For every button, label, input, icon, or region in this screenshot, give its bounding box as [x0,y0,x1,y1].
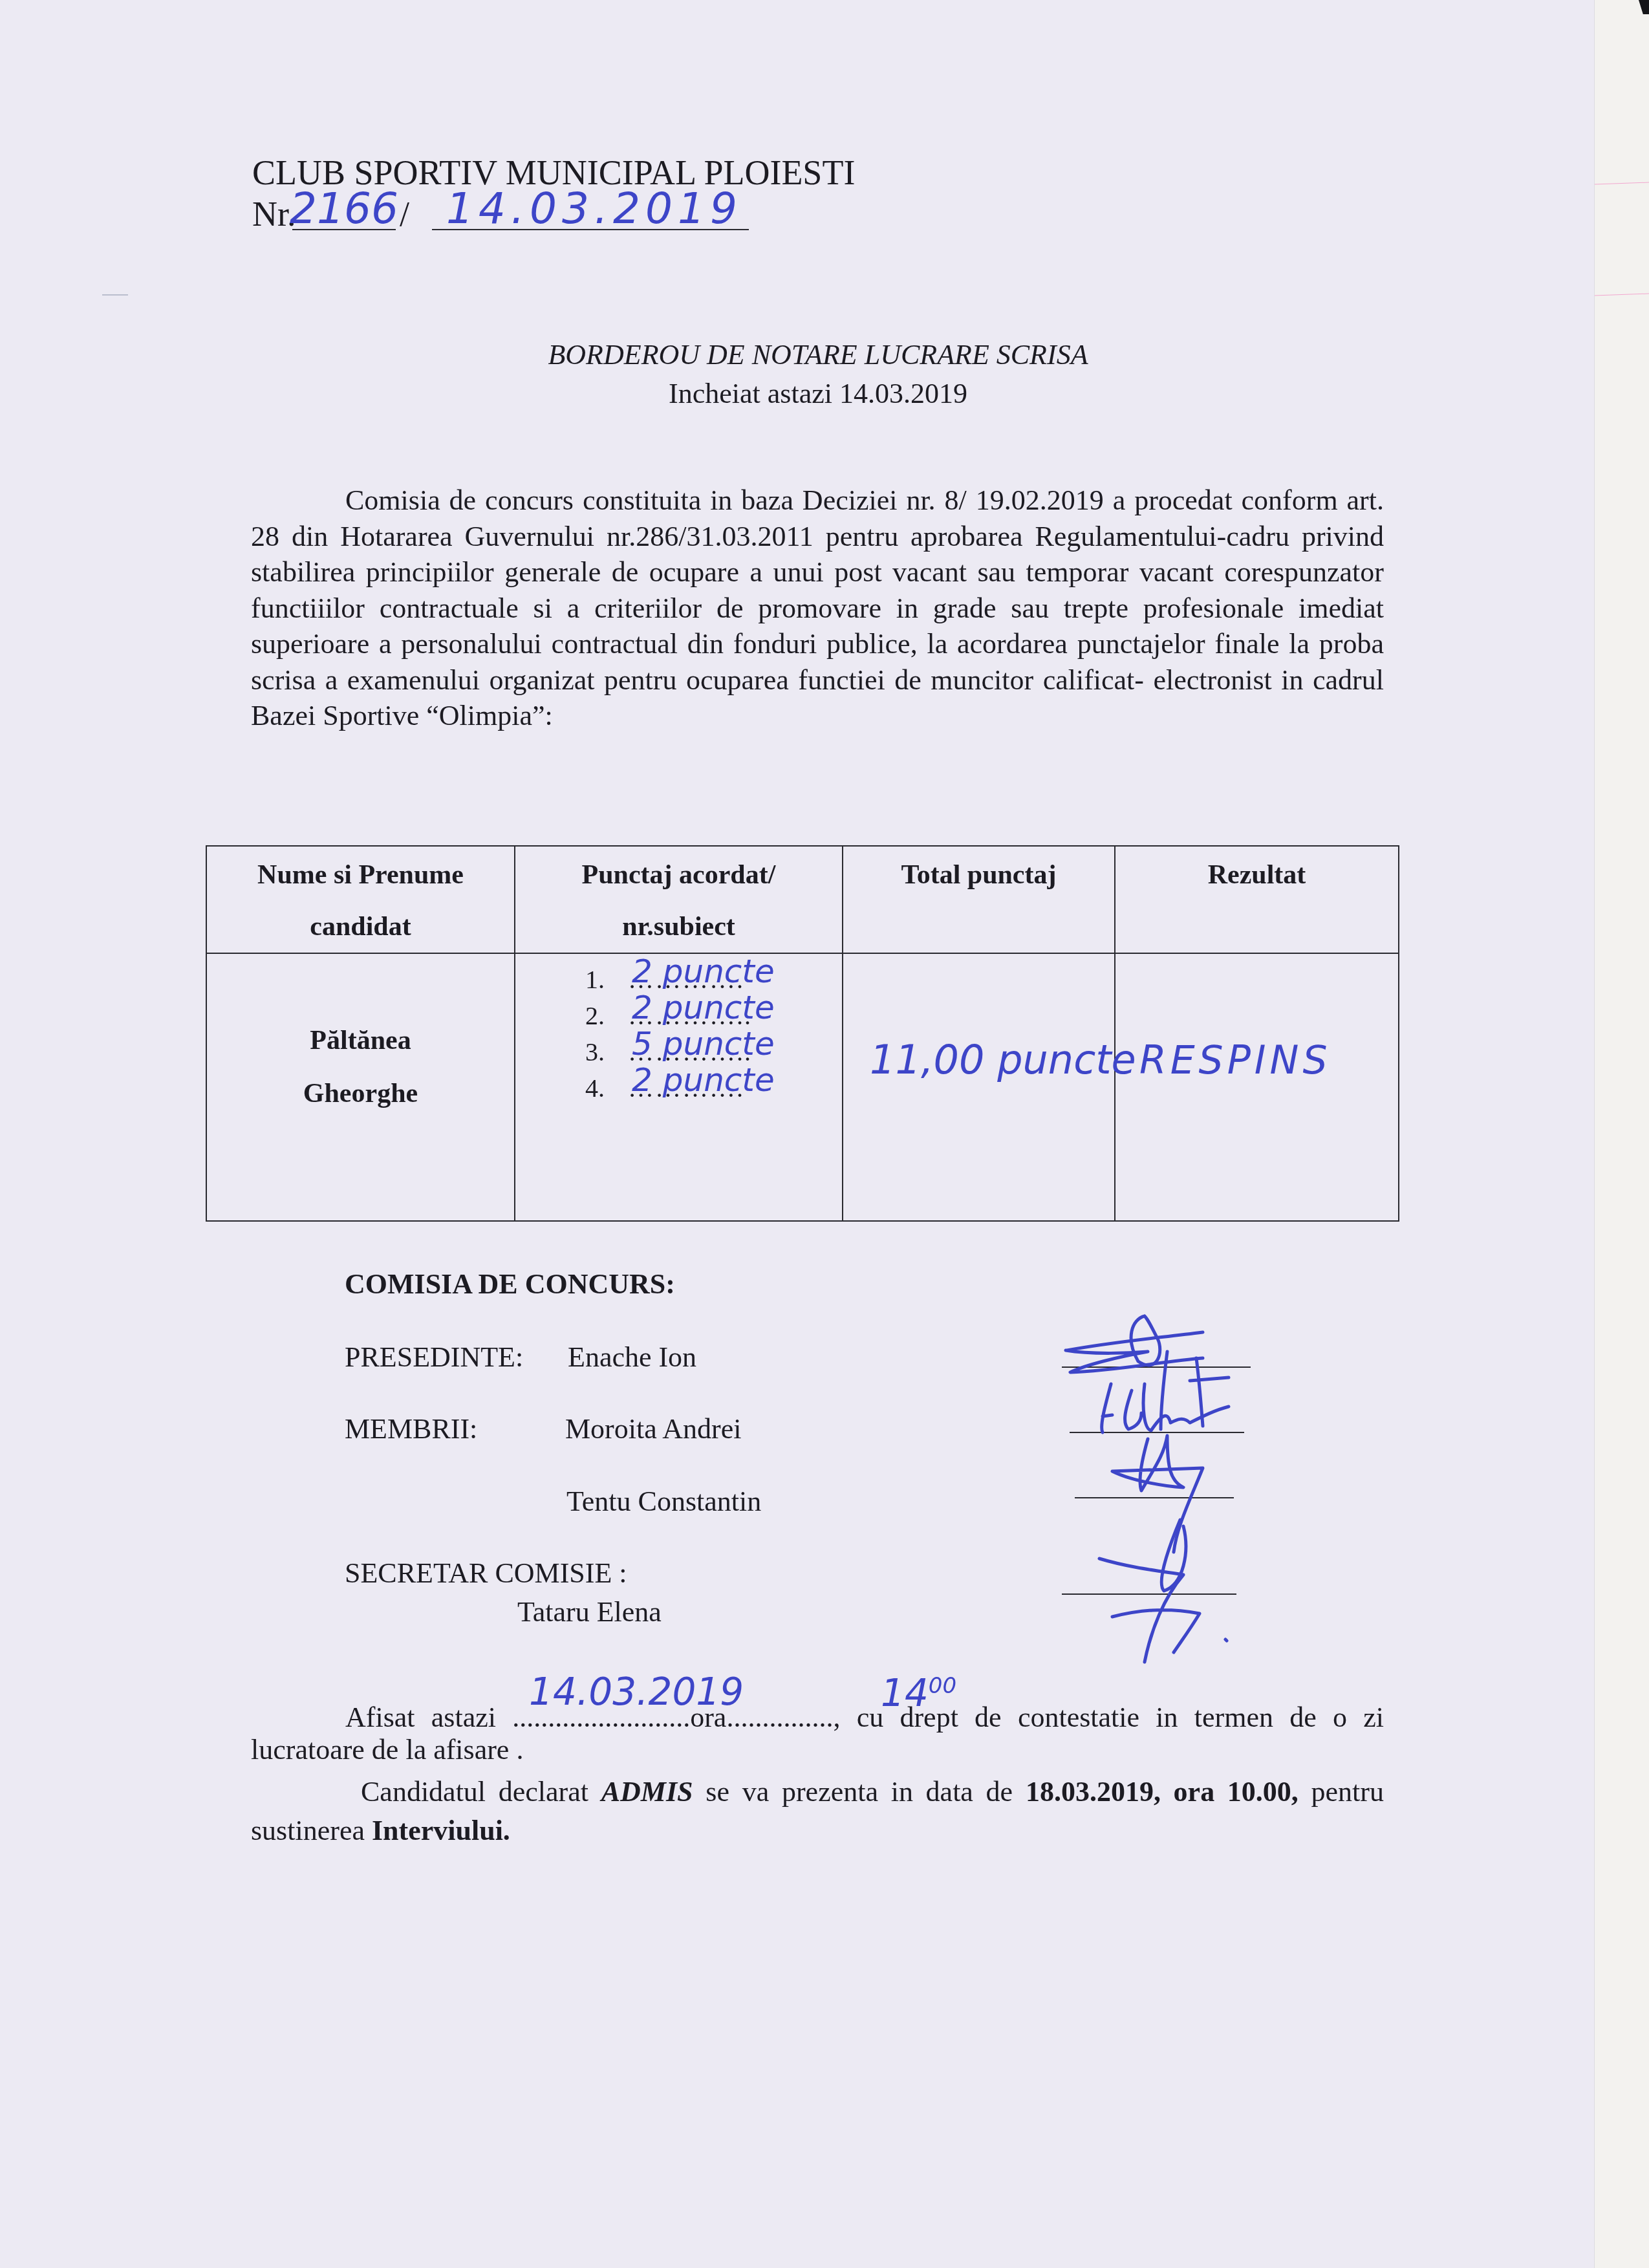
score-list: 1. …………. 2 puncte 2. ………….. 2 puncte 3. … [515,954,842,1101]
result-handwritten: RESPINS [1139,1038,1331,1083]
member-2-name: Tentu Constantin [566,1485,761,1518]
president-name: Enache Ion [568,1341,696,1374]
committee-heading: COMISIA DE CONCURS: [345,1268,675,1301]
score-item: 4. …………. 2 puncte [561,1065,842,1101]
signatures-icon [1035,1313,1306,1675]
secretary-label: SECRETAR COMISIE : [345,1557,627,1590]
registration-number-handwritten: 2166 [290,184,398,233]
table-header-row: Nume si Prenume candidat Punctaj acordat… [206,846,1399,953]
result-cell [1115,953,1399,1221]
interview-date-time: 18.03.2019, ora 10.00, [1026,1776,1299,1808]
secretary-name: Tataru Elena [517,1595,662,1628]
scan-artifact-line [1595,182,1649,185]
score-value-handwritten: 2 puncte [632,989,775,1026]
score-value-handwritten: 2 puncte [632,953,775,990]
score-value-handwritten: 5 puncte [632,1025,775,1063]
score-item: 1. …………. 2 puncte [561,956,842,993]
scores-cell: 1. …………. 2 puncte 2. ………….. 2 puncte 3. … [515,953,843,1221]
score-item: 2. ………….. 2 puncte [561,993,842,1029]
table-row: Păltănea Gheorghe 1. …………. 2 puncte 2. …… [206,953,1399,1221]
document-subtitle: Incheiat astazi 14.03.2019 [0,377,1636,410]
posting-date-handwritten: 14.03.2019 [529,1670,744,1714]
score-item: 3. ………….. 5 puncte [561,1029,842,1065]
candidate-name-cell: Păltănea Gheorghe [206,953,515,1221]
admis-label: ADMIS [601,1776,693,1808]
scan-corner-shadow [1595,0,1649,14]
header-result: Rezultat [1115,846,1399,953]
header-score: Punctaj acordat/ nr.subiect [515,846,843,953]
interview-label: Interviului. [372,1815,510,1846]
posting-hour-handwritten: 1400 [881,1671,956,1715]
candidate-first-name: Gheorghe [303,1079,418,1108]
intro-paragraph: Comisia de concurs constituita in baza D… [251,482,1384,734]
score-value-handwritten: 2 puncte [632,1061,775,1099]
total-cell [843,953,1115,1221]
registration-date-handwritten: 14.03.2019 [446,184,742,233]
candidate-last-name: Păltănea [310,1026,411,1055]
posting-paragraph: Afisat astazi .........................o… [251,1701,1384,1766]
scan-speck [102,294,128,296]
interview-note: Candidatul declarat ADMIS se va prezenta… [251,1773,1384,1850]
document-title: BORDEROU DE NOTARE LUCRARE SCRISA [0,338,1636,371]
members-label: MEMBRII: [345,1412,477,1445]
grading-table: Nume si Prenume candidat Punctaj acordat… [206,845,1399,1222]
member-1-name: Moroita Andrei [565,1412,742,1445]
header-name: Nume si Prenume candidat [206,846,515,953]
header-total: Total punctaj [843,846,1115,953]
total-score-handwritten: 11,00 puncte [870,1036,1136,1083]
president-label: PRESEDINTE: [345,1341,523,1374]
scan-artifact-line [1595,294,1649,296]
registration-separator: / [400,194,409,234]
